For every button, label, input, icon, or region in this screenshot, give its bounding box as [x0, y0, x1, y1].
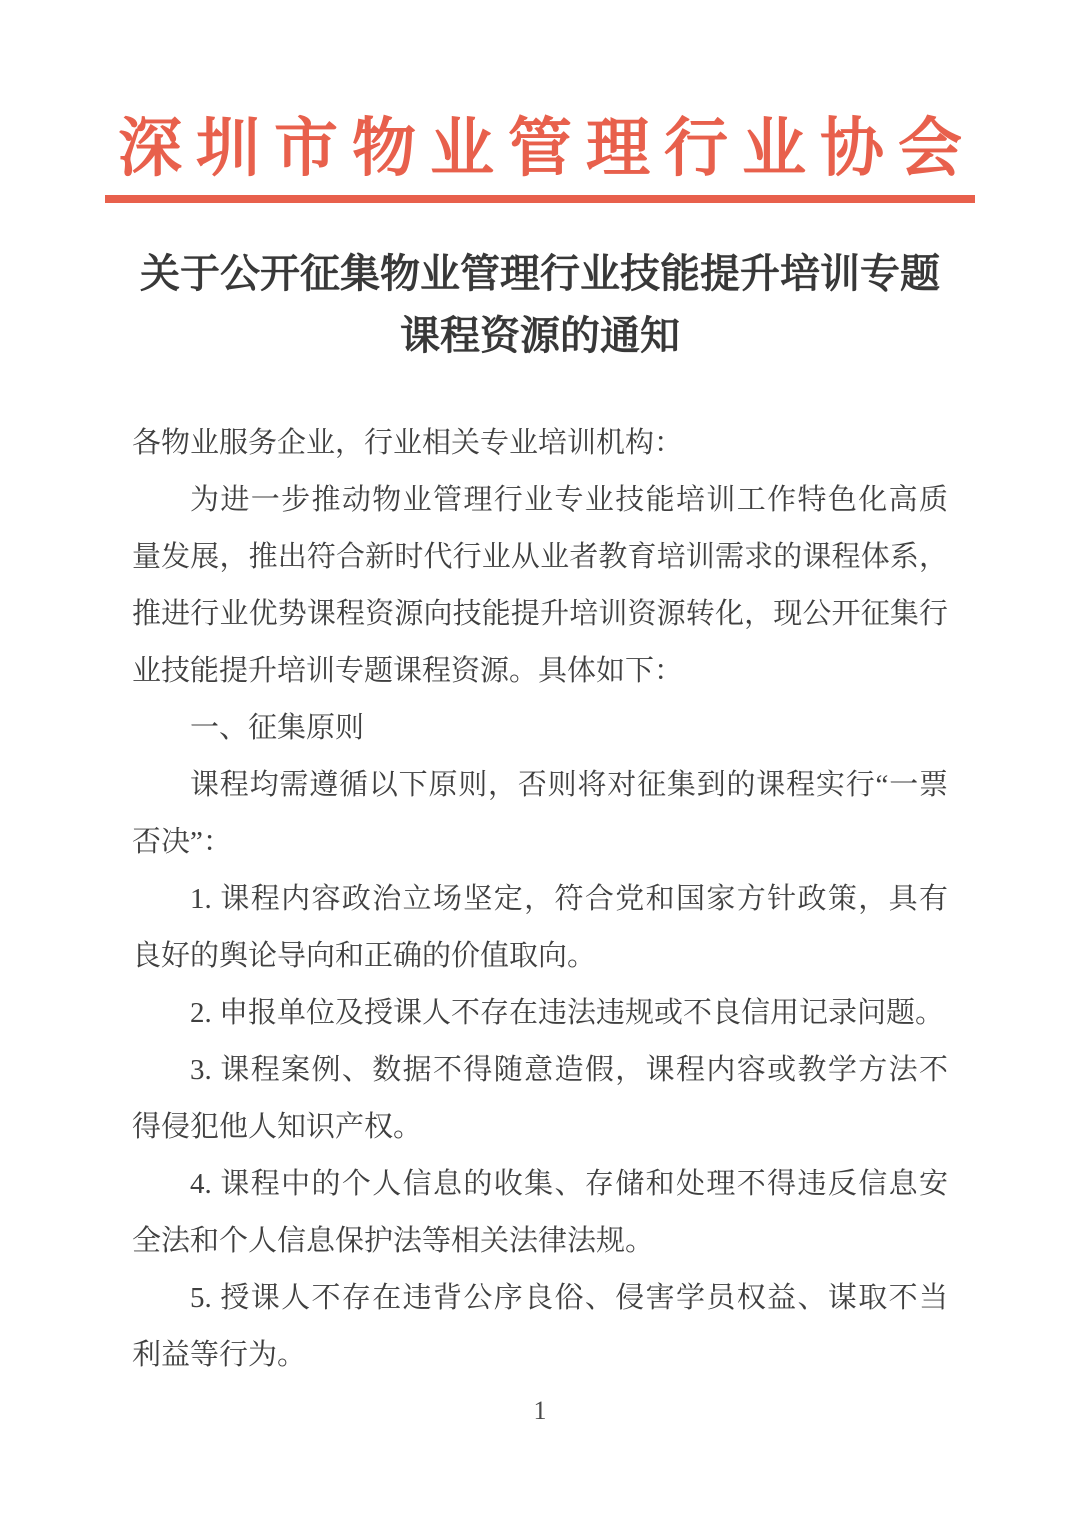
text-line: 5. 授课人不存在违背公序良俗、侵害学员权益、谋取不当 — [132, 1270, 948, 1327]
text-line: 1. 课程内容政治立场坚定，符合党和国家方针政策，具有 — [132, 871, 948, 928]
document-title-line-2: 课程资源的通知 — [0, 305, 1080, 367]
text-line: 为进一步推动物业管理行业专业技能培训工作特色化高质 — [132, 472, 948, 529]
letterhead: 深圳市物业管理行业协会 — [0, 0, 1080, 203]
text-line: 3. 课程案例、数据不得随意造假，课程内容或教学方法不 — [132, 1042, 948, 1099]
text-line: 推进行业优势课程资源向技能提升培训资源转化，现公开征集行 — [132, 586, 948, 643]
document-body: 各物业服务企业，行业相关专业培训机构： 为进一步推动物业管理行业专业技能培训工作… — [132, 415, 948, 1384]
document-title: 关于公开征集物业管理行业技能提升培训专题 课程资源的通知 — [0, 243, 1080, 367]
text-line: 业技能提升培训专题课程资源。具体如下： — [132, 643, 948, 700]
principle-item-5: 5. 授课人不存在违背公序良俗、侵害学员权益、谋取不当 利益等行为。 — [132, 1270, 948, 1384]
intro-paragraph: 为进一步推动物业管理行业专业技能培训工作特色化高质 量发展，推出符合新时代行业从… — [132, 472, 948, 700]
document-page: 深圳市物业管理行业协会 关于公开征集物业管理行业技能提升培训专题 课程资源的通知… — [0, 0, 1080, 1527]
page-number: 1 — [0, 1396, 1080, 1426]
letterhead-divider — [105, 195, 975, 203]
text-line: 各物业服务企业，行业相关专业培训机构： — [132, 415, 948, 472]
text-line: 一、征集原则 — [132, 700, 948, 757]
text-line: 课程均需遵循以下原则，否则将对征集到的课程实行“一票 — [132, 757, 948, 814]
text-line: 全法和个人信息保护法等相关法律法规。 — [132, 1213, 948, 1270]
principles-intro: 课程均需遵循以下原则，否则将对征集到的课程实行“一票 否决”： — [132, 757, 948, 871]
text-line: 得侵犯他人知识产权。 — [132, 1099, 948, 1156]
document-title-line-1: 关于公开征集物业管理行业技能提升培训专题 — [0, 243, 1080, 305]
text-line: 利益等行为。 — [132, 1327, 948, 1384]
salutation: 各物业服务企业，行业相关专业培训机构： — [132, 415, 948, 472]
text-line: 良好的舆论导向和正确的价值取向。 — [132, 928, 948, 985]
principle-item-2: 2. 申报单位及授课人不存在违法违规或不良信用记录问题。 — [132, 985, 948, 1042]
principle-item-4: 4. 课程中的个人信息的收集、存储和处理不得违反信息安 全法和个人信息保护法等相… — [132, 1156, 948, 1270]
text-line: 2. 申报单位及授课人不存在违法违规或不良信用记录问题。 — [132, 985, 948, 1042]
principle-item-3: 3. 课程案例、数据不得随意造假，课程内容或教学方法不 得侵犯他人知识产权。 — [132, 1042, 948, 1156]
page-footer: 1 — [0, 1396, 1080, 1426]
principle-item-1: 1. 课程内容政治立场坚定，符合党和国家方针政策，具有 良好的舆论导向和正确的价… — [132, 871, 948, 985]
text-line: 4. 课程中的个人信息的收集、存储和处理不得违反信息安 — [132, 1156, 948, 1213]
org-name: 深圳市物业管理行业协会 — [0, 0, 1080, 192]
text-line: 否决”： — [132, 814, 948, 871]
text-line: 量发展，推出符合新时代行业从业者教育培训需求的课程体系， — [132, 529, 948, 586]
section-heading-collection-principles: 一、征集原则 — [132, 700, 948, 757]
